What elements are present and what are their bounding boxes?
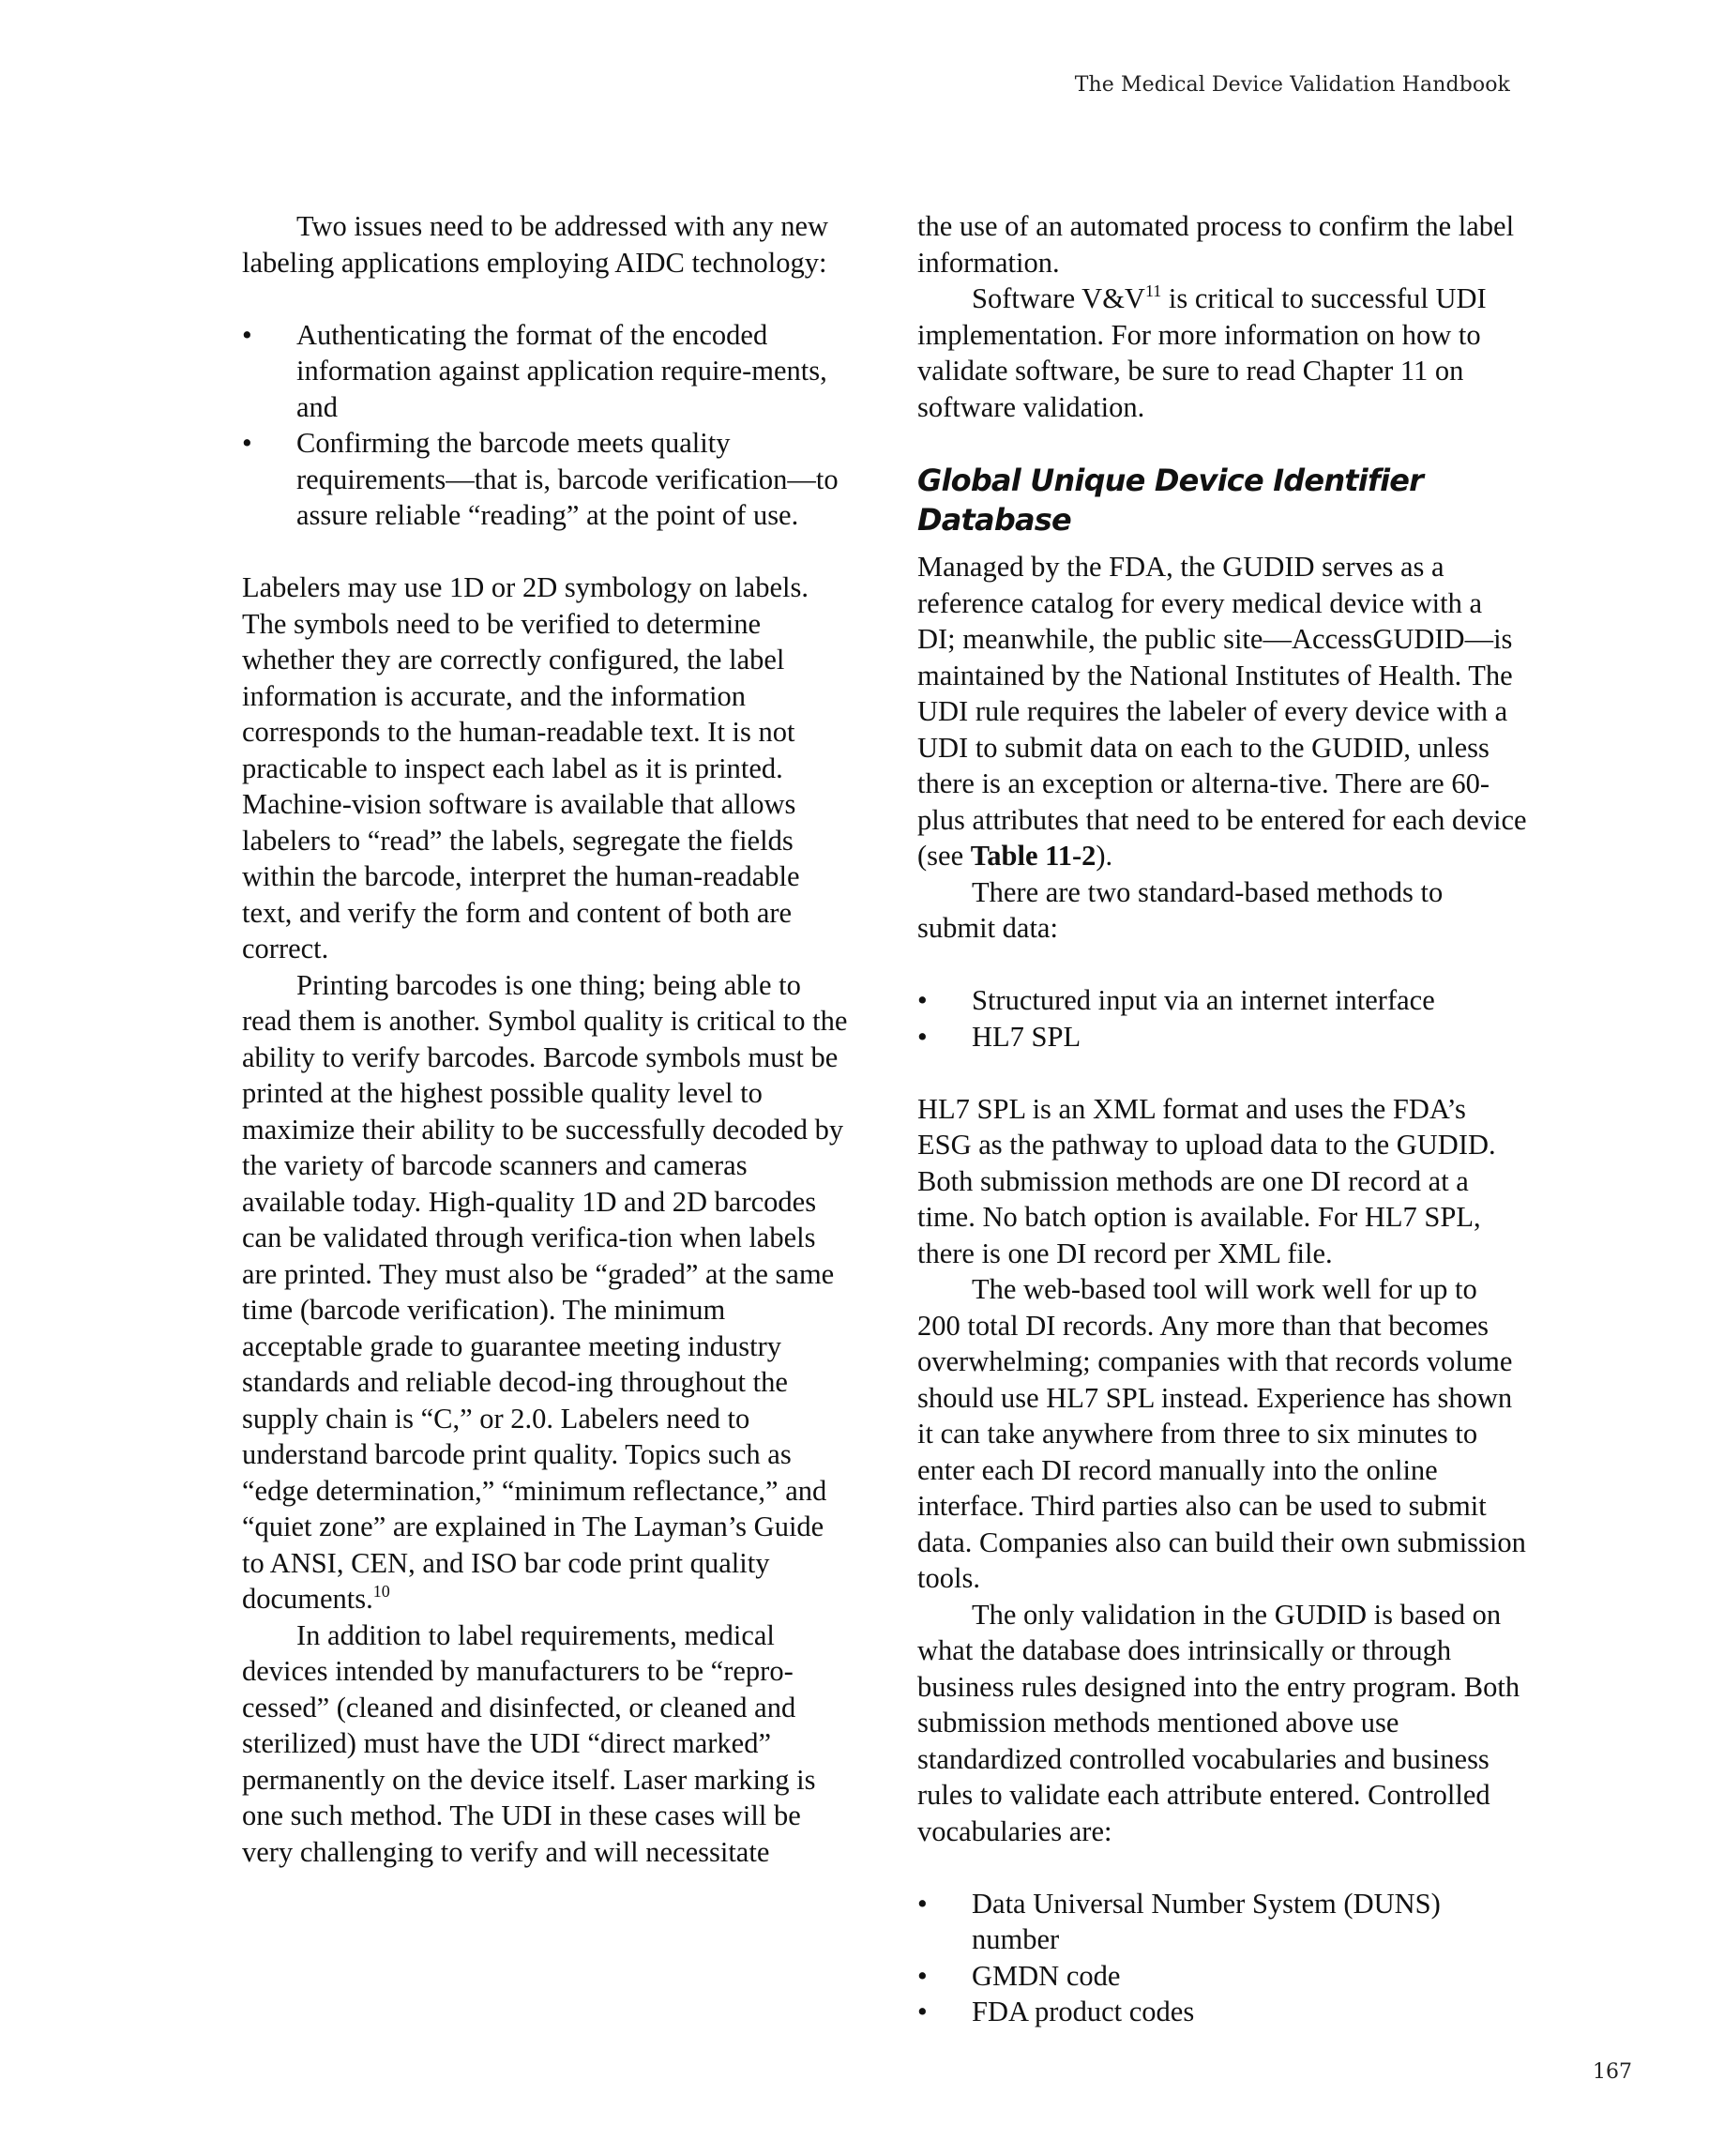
- bullet-icon: •: [242, 317, 252, 354]
- paragraph-text: ).: [1096, 840, 1112, 872]
- list-item: • Data Universal Number System (DUNS) nu…: [917, 1886, 1527, 1958]
- spacer: [917, 1849, 1527, 1886]
- list-item: • HL7 SPL: [917, 1019, 1527, 1055]
- paragraph: Labelers may use 1D or 2D symbology on l…: [242, 569, 852, 967]
- paragraph-text: Software V&V: [972, 282, 1145, 314]
- paragraph: In addition to label requirements, medic…: [242, 1617, 852, 1871]
- spacer: [242, 281, 852, 317]
- spacer: [917, 1055, 1527, 1091]
- right-column: the use of an automated process to confi…: [917, 208, 1527, 2030]
- paragraph: Two issues need to be addressed with any…: [242, 208, 852, 281]
- bullet-icon: •: [917, 1994, 928, 2030]
- paragraph: There are two standard-based methods to …: [917, 874, 1527, 947]
- bullet-icon: •: [242, 425, 252, 462]
- list-item-text: HL7 SPL: [972, 1021, 1081, 1053]
- paragraph: Managed by the FDA, the GUDID serves as …: [917, 549, 1527, 874]
- spacer: [917, 947, 1527, 983]
- paragraph: Software V&V11 is critical to successful…: [917, 281, 1527, 425]
- list-item: • GMDN code: [917, 1958, 1527, 1995]
- paragraph: The web-based tool will work well for up…: [917, 1271, 1527, 1597]
- paragraph-text: Managed by the FDA, the GUDID serves as …: [917, 551, 1527, 872]
- bullet-icon: •: [917, 1958, 928, 1995]
- paragraph: Printing barcodes is one thing; being ab…: [242, 967, 852, 1617]
- list-item: • Confirming the barcode meets quality r…: [242, 425, 852, 534]
- bullet-list: • Data Universal Number System (DUNS) nu…: [917, 1886, 1527, 2030]
- paragraph: The only validation in the GUDID is base…: [917, 1597, 1527, 1850]
- table-reference[interactable]: Table 11-2: [971, 840, 1096, 872]
- list-item-text: FDA product codes: [972, 1996, 1194, 2027]
- section-heading: Global Unique Device Identifier Database: [917, 461, 1527, 539]
- list-item: • Structured input via an internet inter…: [917, 982, 1527, 1019]
- paragraph: the use of an automated process to confi…: [917, 208, 1527, 281]
- list-item-text: Structured input via an internet interfa…: [972, 984, 1435, 1016]
- bullet-list: • Authenticating the format of the encod…: [242, 317, 852, 534]
- list-item: • Authenticating the format of the encod…: [242, 317, 852, 426]
- left-column: Two issues need to be addressed with any…: [242, 208, 852, 1870]
- running-header-title: The Medical Device Validation Handbook: [1075, 73, 1510, 97]
- list-item-text: Data Universal Number System (DUNS) numb…: [972, 1888, 1441, 1956]
- paragraph: HL7 SPL is an XML format and uses the FD…: [917, 1091, 1527, 1272]
- list-item-text: GMDN code: [972, 1960, 1120, 1992]
- bullet-icon: •: [917, 982, 928, 1019]
- list-item-text: Authenticating the format of the encoded…: [296, 319, 827, 423]
- bullet-icon: •: [917, 1019, 928, 1055]
- page-number: 167: [1593, 2060, 1632, 2084]
- list-item-text: Confirming the barcode meets quality req…: [296, 427, 839, 531]
- spacer: [242, 534, 852, 570]
- footnote-reference[interactable]: 10: [373, 1582, 390, 1601]
- bullet-list: • Structured input via an internet inter…: [917, 982, 1527, 1055]
- bullet-icon: •: [917, 1886, 928, 1922]
- paragraph-text: Printing barcodes is one thing; being ab…: [242, 969, 847, 1616]
- list-item: • FDA product codes: [917, 1994, 1527, 2030]
- footnote-reference[interactable]: 11: [1145, 281, 1161, 300]
